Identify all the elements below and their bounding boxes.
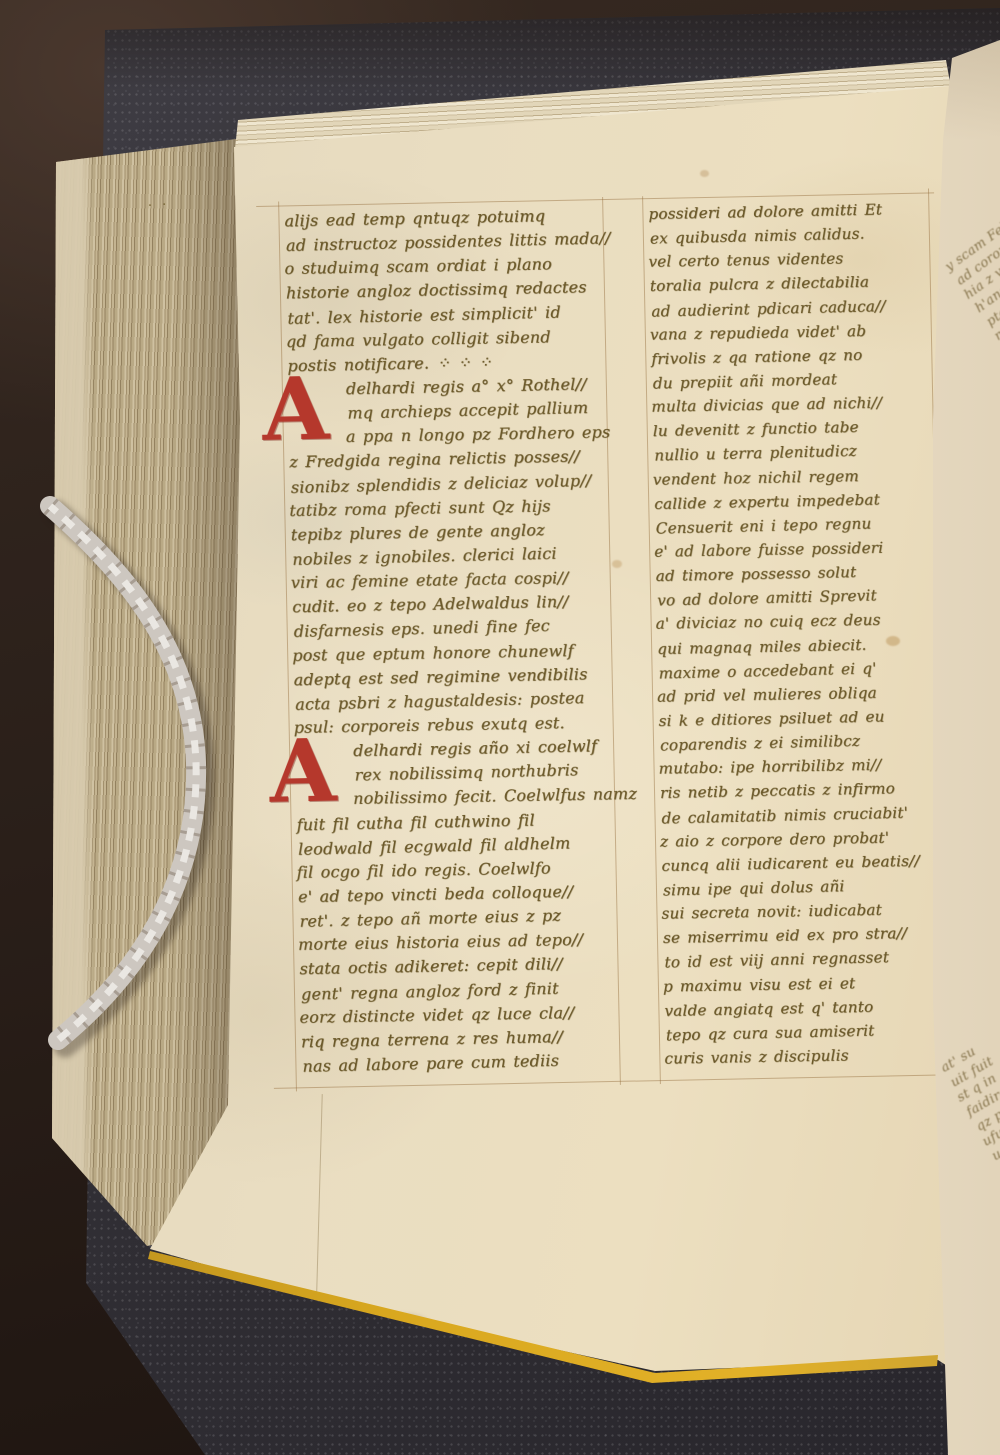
text-line: vendent hoz nichil regem: [653, 462, 931, 491]
text-line: vana z repudieda videt' ab: [650, 318, 928, 347]
paragraph-1: alijs ead temp qntuqz potuimqad instruct…: [284, 203, 609, 378]
right-column: possideri ad dolore amitti Etex quibusda…: [648, 197, 943, 1071]
text-line: post que eptum honore chunewlf: [292, 638, 614, 668]
text-line: sui secreta novit: iudicabat: [661, 897, 939, 926]
text-line: curis vanis z discipulis: [664, 1042, 942, 1071]
foxing-spot: [700, 170, 709, 177]
next-page-text-fragment-bottom: at' suuit fuitst q infaidire et aiqz pth…: [938, 912, 1000, 1165]
next-page-text-fragment-top: y scam Feba tollaad corona pdahia z veli…: [942, 86, 1000, 455]
photo-of-manuscript: { "colors": { "background": "#2b201a", "…: [0, 0, 1000, 1455]
text-line: mutabo: ipe horribilibz mi//: [658, 752, 936, 781]
text-line: ad prid vel mulieres obliqa: [657, 680, 935, 709]
paragraph-lines: delhardi regis año xi coelwlfrex nobilis…: [295, 734, 624, 1078]
cord-body: [50, 506, 196, 1040]
column-lines: possideri ad dolore amitti Etex quibusda…: [648, 197, 943, 1071]
paragraph-lines: alijs ead temp qntuqz potuimqad instruct…: [284, 203, 609, 378]
fragment-lines: at' suuit fuitst q infaidire et aiqz pth…: [938, 912, 1000, 1165]
fragment-lines: y scam Feba tollaad corona pdahia z veli…: [942, 86, 1000, 455]
text-line: multa divicias que ad nichi//: [651, 390, 929, 419]
text-line: eorz distincte videt qz luce cla//: [299, 1000, 621, 1030]
text-block: alijs ead temp qntuqz potuimqad instruct…: [256, 182, 974, 1116]
bookmark-cord: [20, 468, 280, 1108]
margin-dots-mark: · ·: [148, 197, 170, 213]
paragraph-lines: delhardi regis a° x° Rothel//mq archieps…: [288, 372, 617, 740]
paragraph-2: A delhardi regis a° x° Rothel//mq archie…: [288, 372, 617, 740]
paragraph-3: A delhardi regis año xi coelwlfrex nobil…: [295, 734, 624, 1078]
left-column: alijs ead temp qntuqz potuimqad instruct…: [284, 203, 623, 1078]
text-line: e' ad labore fuisse possideri: [654, 535, 932, 564]
text-line: tatibz roma pfecti sunt Qz hijs: [289, 493, 611, 523]
text-line: z aio z corpore dero probat': [660, 824, 938, 853]
text-line: p maximu visu est ei et: [663, 969, 941, 998]
